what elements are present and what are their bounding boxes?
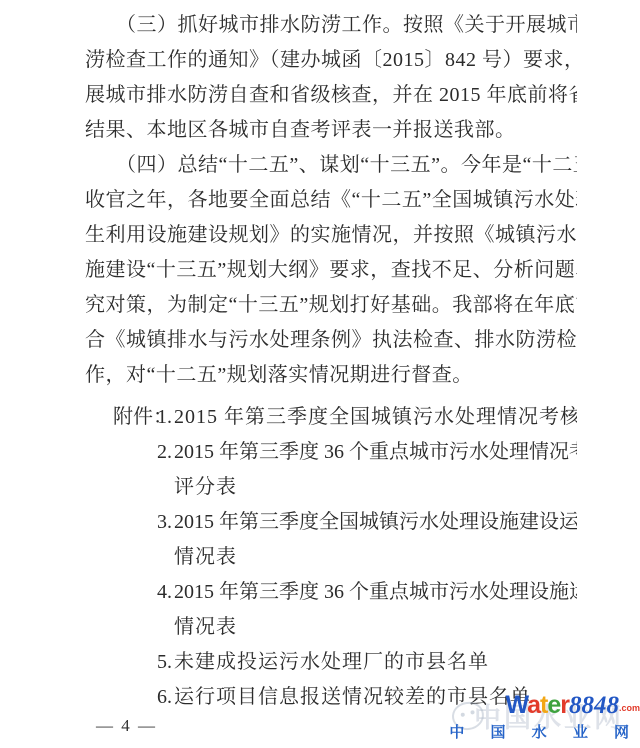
text-line: 展城市排水防涝自查和省级核查，并在 2015 年底前将省级核查	[85, 78, 577, 113]
attachment-item-number: 4.	[157, 575, 174, 645]
attachment-item: 2.2015 年第三季度 36 个重点城市污水处理情况考核评分表	[157, 435, 577, 505]
text-line: 合《城镇排水与污水处理条例》执法检查、排水防涝检查等工	[85, 323, 577, 358]
attachment-item-number: 3.	[157, 505, 174, 575]
text-line: 情况表	[174, 540, 577, 575]
watermark: 中国水业网 Water8848.com 中 国 水 业 网	[446, 690, 640, 748]
text-line: 2015 年第三季度全国城镇污水处理设施建设运行	[174, 505, 577, 540]
text-line: 究对策，为制定“十三五”规划打好基础。我部将在年底前结	[85, 288, 577, 323]
logo-suffix: 8848	[569, 692, 619, 719]
text-line: 施建设“十三五”规划大纲》要求，查找不足、分析问题、研	[85, 253, 577, 288]
document-page: （三）抓好城市排水防涝工作。按照《关于开展城市排水防涝检查工作的通知》（建办城函…	[0, 0, 640, 748]
attachment-item: 3.2015 年第三季度全国城镇污水处理设施建设运行情况表	[157, 505, 577, 575]
attachment-item: 1.2015 年第三季度全国城镇污水处理情况考核评分表	[157, 400, 577, 435]
text-line: 2015 年第三季度 36 个重点城市污水处理设施运行	[174, 575, 577, 610]
attachment-label: 附件：	[113, 400, 173, 435]
attachment-section: 附件： 1.2015 年第三季度全国城镇污水处理情况考核评分表2.2015 年第…	[113, 400, 577, 715]
paragraph: （四）总结“十二五”、谋划“十三五”。今年是“十二五”收官之年，各地要全面总结《…	[85, 148, 577, 393]
logo-letter: e	[547, 691, 560, 719]
page-number: — 4 —	[96, 716, 157, 736]
attachment-item-lines: 2015 年第三季度全国城镇污水处理情况考核评分表	[174, 400, 577, 435]
text-line: 收官之年，各地要全面总结《“十二五”全国城镇污水处理及再	[85, 183, 577, 218]
paragraph: （三）抓好城市排水防涝工作。按照《关于开展城市排水防涝检查工作的通知》（建办城函…	[85, 8, 577, 148]
logo-letter: r	[560, 691, 569, 719]
attachment-item-lines: 2015 年第三季度 36 个重点城市污水处理情况考核评分表	[174, 435, 577, 505]
attachment-list: 1.2015 年第三季度全国城镇污水处理情况考核评分表2.2015 年第三季度 …	[157, 400, 577, 715]
logo-wordmark: Water8848.com	[447, 692, 640, 721]
attachment-item-lines: 未建成投运污水处理厂的市县名单	[174, 645, 577, 680]
text-line: 未建成投运污水处理厂的市县名单	[174, 645, 577, 680]
attachment-item: 5.未建成投运污水处理厂的市县名单	[157, 645, 577, 680]
text-line: 涝检查工作的通知》（建办城函〔2015〕842 号）要求，抓紧开	[85, 43, 577, 78]
text-line: 评分表	[174, 470, 577, 505]
text-line: 情况表	[174, 610, 577, 645]
text-line: 生利用设施建设规划》的实施情况，并按照《城镇污水处理设	[85, 218, 577, 253]
site-logo: Water8848.com 中 国 水 业 网	[447, 692, 640, 742]
text-line: （四）总结“十二五”、谋划“十三五”。今年是“十二五”	[85, 148, 577, 183]
text-line: 2015 年第三季度全国城镇污水处理情况考核评分表	[174, 400, 577, 435]
attachment-item-lines: 2015 年第三季度 36 个重点城市污水处理设施运行情况表	[174, 575, 577, 645]
logo-letter: W	[505, 691, 527, 719]
text-line: 2015 年第三季度 36 个重点城市污水处理情况考核	[174, 435, 577, 470]
attachment-item-number: 2.	[157, 435, 174, 505]
attachment-item-number: 6.	[157, 680, 174, 715]
logo-water-letters: Water	[505, 691, 569, 719]
text-line: （三）抓好城市排水防涝工作。按照《关于开展城市排水防	[85, 8, 577, 43]
attachment-item-number: 5.	[157, 645, 174, 680]
logo-letter: a	[527, 691, 540, 719]
text-line: 作，对“十二五”规划落实情况期进行督查。	[85, 358, 577, 393]
attachment-item-lines: 2015 年第三季度全国城镇污水处理设施建设运行情况表	[174, 505, 577, 575]
text-line: 结果、本地区各城市自查考评表一并报送我部。	[85, 113, 577, 148]
logo-tld: .com	[619, 703, 640, 713]
logo-site-name: 中 国 水 业 网	[447, 723, 640, 742]
document-body: （三）抓好城市排水防涝工作。按照《关于开展城市排水防涝检查工作的通知》（建办城函…	[85, 8, 577, 393]
attachment-item: 4.2015 年第三季度 36 个重点城市污水处理设施运行情况表	[157, 575, 577, 645]
